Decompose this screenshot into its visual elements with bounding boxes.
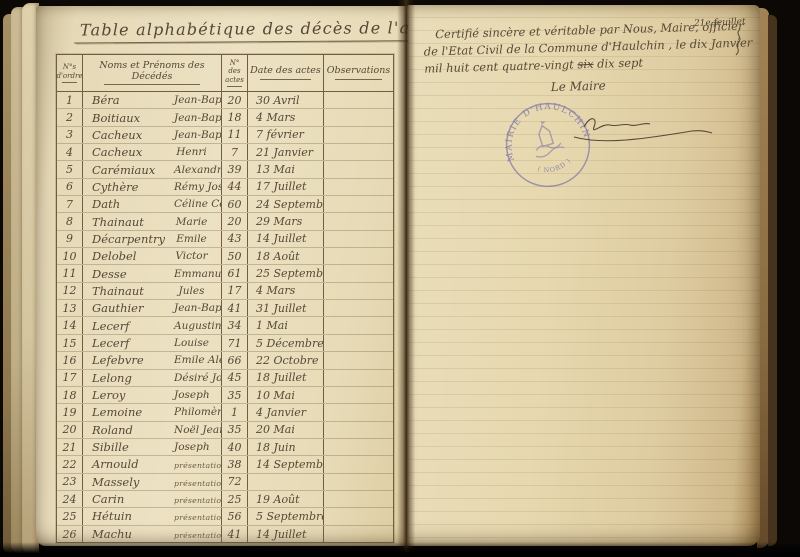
table-row: 1 Béra Jean-Baptiste 20 30 Avril	[57, 92, 393, 109]
observations-cell	[324, 491, 393, 507]
deceased-name-cell: Lecerf Louise	[83, 335, 222, 351]
deceased-name-cell: Cacheux Jean-Baptiste	[83, 127, 222, 143]
acte-date-cell: 22 Octobre	[248, 352, 324, 368]
deceased-name-cell: Cythère Rémy Joseph	[83, 179, 222, 195]
deceased-given-names: Désiré Joseph	[174, 372, 222, 384]
acte-number-cell: 41	[222, 300, 248, 316]
acte-date-cell: 14 Juillet	[248, 231, 324, 247]
table-row: 25 Hétuin présentation sans vie 56 5 Sep…	[57, 508, 393, 525]
table-row: 19 Lemoine Philomène 1 4 Janvier	[57, 404, 393, 421]
observations-cell	[324, 109, 393, 125]
row-order-number: 23	[57, 474, 83, 490]
deceased-surname: Desse	[83, 267, 174, 281]
col-header-order-number: N°s d'ordre	[57, 55, 83, 91]
acte-date-cell: 5 Décembre	[248, 335, 324, 351]
row-order-number: 20	[57, 422, 83, 438]
acte-date-cell: 31 Juillet	[248, 300, 324, 316]
row-order-number: 3	[57, 127, 83, 143]
deceased-given-names: Augustine	[174, 320, 222, 332]
table-row: 10 Delobel Victor 50 18 Août	[57, 248, 393, 265]
deceased-surname: Leroy	[83, 388, 174, 402]
deceased-given-names: Rémy Joseph	[174, 181, 222, 193]
deceased-name-cell: Lelong Désiré Joseph	[83, 370, 222, 386]
deceased-surname: Lecerf	[83, 319, 174, 333]
deceased-given-names: Emile Alexandre	[174, 354, 222, 366]
deceased-given-names: Marie	[174, 216, 221, 228]
acte-number-cell: 35	[222, 422, 248, 438]
table-row: 14 Lecerf Augustine 34 1 Mai	[57, 317, 393, 334]
deceased-name-cell: Lemoine Philomène	[83, 404, 222, 420]
acte-date-cell: 17 Juillet	[248, 179, 324, 195]
deceased-surname: Arnould	[83, 457, 174, 471]
deceased-given-names: Henri	[174, 146, 221, 158]
acte-date-cell: 4 Mars	[248, 109, 324, 125]
acte-date-cell: 25 Septembre	[248, 265, 324, 281]
acte-date-cell: 21 Janvier	[248, 144, 324, 160]
struck-word: six	[577, 57, 593, 71]
deceased-name-cell: Massely présentation sans vie	[83, 474, 222, 490]
acte-number-cell: 71	[222, 335, 248, 351]
table-row: 17 Lelong Désiré Joseph 45 18 Juillet	[57, 370, 393, 387]
acte-number-cell: 41	[222, 526, 248, 543]
acte-date-cell: 29 Mars	[248, 213, 324, 229]
acte-number-cell: 25	[222, 491, 248, 507]
acte-number-cell: 20	[222, 92, 248, 108]
deceased-surname: Lemoine	[83, 405, 174, 419]
observations-cell	[324, 196, 393, 212]
deceased-given-names: Emmanuel	[174, 268, 222, 280]
row-order-number: 16	[57, 352, 83, 368]
row-order-number: 2	[57, 109, 83, 125]
table-row: 4 Cacheux Henri 7 21 Janvier	[57, 144, 393, 161]
acte-date-cell: 13 Mai	[248, 161, 324, 177]
deceased-surname: Thainaut	[83, 284, 174, 298]
deceased-given-names: Philomène	[174, 406, 222, 418]
acte-number-cell: 38	[222, 456, 248, 472]
acte-date-cell: 14 Juillet	[248, 526, 324, 543]
row-order-number: 6	[57, 179, 83, 195]
row-order-number: 7	[57, 196, 83, 212]
table-row: 8 Thainaut Marie 20 29 Mars	[57, 213, 393, 230]
acte-number-cell: 61	[222, 265, 248, 281]
deceased-surname: Sibille	[83, 440, 174, 454]
observations-cell	[324, 127, 393, 143]
svg-text:( NORD ): ( NORD )	[535, 155, 575, 178]
deceased-surname: Delobel	[83, 249, 174, 263]
observations-cell	[324, 300, 393, 316]
observations-cell	[324, 439, 393, 455]
acte-number-cell: 18	[222, 109, 248, 125]
deceased-name-cell: Dath Céline Célestine	[83, 196, 222, 212]
acte-date-cell: 19 Août	[248, 491, 324, 507]
deceased-name-cell: Cacheux Henri	[83, 144, 222, 160]
deceased-surname: Massely	[83, 475, 174, 489]
deceased-surname: Lecerf	[83, 336, 174, 350]
acte-date-cell: 20 Mai	[248, 422, 324, 438]
acte-date-cell: 24 Septembre	[248, 196, 324, 212]
observations-cell	[324, 474, 393, 490]
table-row: 15 Lecerf Louise 71 5 Décembre	[57, 335, 393, 352]
deceased-surname: Cacheux	[83, 128, 174, 142]
table-row: 3 Cacheux Jean-Baptiste 11 7 février	[57, 127, 393, 144]
col-header-observations: Observations	[324, 55, 393, 91]
acte-number-cell: 34	[222, 317, 248, 333]
deceased-surname: Gauthier	[83, 301, 174, 315]
col-header-acte-date: Date des actes	[248, 55, 324, 91]
stillbirth-note: présentation sans vie	[174, 528, 222, 540]
deceased-name-cell: Carémiaux Alexandre	[83, 161, 222, 177]
deceased-given-names: Victor	[174, 250, 221, 262]
deceased-surname: Lelong	[83, 371, 174, 385]
deceased-given-names: Noël Jean-Baptiste	[174, 424, 222, 436]
table-row: 21 Sibille Joseph 40 18 Juin	[57, 439, 393, 456]
table-row: 13 Gauthier Jean-Baptiste 41 31 Juillet	[57, 300, 393, 317]
deceased-given-names: Céline Célestine	[174, 198, 222, 210]
row-order-number: 22	[57, 456, 83, 472]
deceased-name-cell: Lecerf Augustine	[83, 317, 222, 333]
table-row: 11 Desse Emmanuel 61 25 Septembre	[57, 265, 393, 282]
deceased-name-cell: Delobel Victor	[83, 248, 222, 264]
deceased-given-names: Jean-Baptiste	[174, 94, 222, 106]
deceased-given-names: Joseph	[174, 441, 222, 453]
observations-cell	[324, 92, 393, 108]
register-book-photo: Table alphabétique des décès de l'année …	[0, 0, 800, 557]
acte-date-cell	[248, 474, 324, 490]
acte-date-cell: 4 Mars	[248, 283, 324, 299]
stillbirth-note: présentation sans vie	[174, 476, 222, 488]
acte-number-cell: 56	[222, 508, 248, 524]
acte-date-cell: 18 Juillet	[248, 370, 324, 386]
stillbirth-note: présentation sans vie	[174, 458, 222, 470]
deceased-surname: Hétuin	[83, 509, 174, 523]
deceased-name-cell: Boitiaux Jean-Baptiste	[83, 109, 222, 125]
row-order-number: 14	[57, 317, 83, 333]
acte-number-cell: 35	[222, 387, 248, 403]
deceased-name-cell: Thainaut Marie	[83, 213, 222, 229]
deceased-name-cell: Sibille Joseph	[83, 439, 222, 455]
observations-cell	[324, 248, 393, 264]
observations-cell	[324, 526, 393, 543]
stillbirth-note: présentation sans vie	[174, 493, 222, 505]
acte-number-cell: 20	[222, 213, 248, 229]
deceased-surname: Carémiaux	[83, 163, 174, 177]
observations-cell	[324, 283, 393, 299]
observations-cell	[324, 404, 393, 420]
acte-number-cell: 60	[222, 196, 248, 212]
deceased-name-cell: Gauthier Jean-Baptiste	[83, 300, 222, 316]
certification-text: Certifié sincère et véritable par Nous, …	[423, 17, 755, 99]
table-row: 26 Machu présentation sans vie 41 14 Jui…	[57, 526, 393, 543]
deceased-name-cell: Machu présentation sans vie	[83, 526, 222, 543]
observations-cell	[324, 335, 393, 351]
observations-cell	[324, 508, 393, 524]
stillbirth-note: présentation sans vie	[174, 510, 222, 522]
col-header-acte-number: N° des actes	[222, 55, 248, 91]
acte-date-cell: 1 Mai	[248, 317, 324, 333]
deceased-surname: Cacheux	[83, 145, 174, 159]
row-order-number: 26	[57, 526, 83, 543]
deceased-surname: Cythère	[83, 180, 174, 194]
acte-date-cell: 18 Août	[248, 248, 324, 264]
deceased-name-cell: Arnould présentation sans vie	[83, 456, 222, 472]
deceased-name-cell: Carin présentation sans vie	[83, 491, 222, 507]
deceased-surname: Béra	[83, 93, 174, 107]
deceased-surname: Thainaut	[83, 215, 174, 229]
deceased-given-names: Alexandre	[174, 164, 222, 176]
observations-cell	[324, 161, 393, 177]
acte-date-cell: 14 Septembre	[248, 456, 324, 472]
deceased-surname: Carin	[83, 492, 174, 506]
observations-cell	[324, 231, 393, 247]
table-row: 2 Boitiaux Jean-Baptiste 18 4 Mars	[57, 109, 393, 126]
observations-cell	[324, 265, 393, 281]
table-header: N°s d'ordre Noms et Prénoms des Décédés …	[57, 55, 393, 92]
row-order-number: 8	[57, 213, 83, 229]
acte-number-cell: 50	[222, 248, 248, 264]
observations-cell	[324, 179, 393, 195]
deceased-given-names: Joseph	[174, 389, 222, 401]
acte-number-cell: 17	[222, 283, 248, 299]
acte-date-cell: 18 Juin	[248, 439, 324, 455]
photo-bottom-shadow	[0, 542, 800, 557]
row-order-number: 4	[57, 144, 83, 160]
deceased-name-cell: Hétuin présentation sans vie	[83, 508, 222, 524]
observations-cell	[324, 317, 393, 333]
acte-number-cell: 7	[222, 144, 248, 160]
acte-number-cell: 11	[222, 127, 248, 143]
row-order-number: 13	[57, 300, 83, 316]
mayor-signature	[570, 105, 720, 147]
acte-number-cell: 39	[222, 161, 248, 177]
row-order-number: 10	[57, 248, 83, 264]
row-order-number: 15	[57, 335, 83, 351]
row-order-number: 9	[57, 231, 83, 247]
acte-date-cell: 30 Avril	[248, 92, 324, 108]
acte-date-cell: 4 Janvier	[248, 404, 324, 420]
acte-number-cell: 72	[222, 474, 248, 490]
deceased-name-cell: Lefebvre Emile Alexandre	[83, 352, 222, 368]
acte-date-cell: 7 février	[248, 127, 324, 143]
table-row: 12 Thainaut Jules 17 4 Mars	[57, 283, 393, 300]
deceased-given-names: Emile	[174, 233, 221, 245]
deceased-surname: Boitiaux	[83, 111, 174, 125]
deceased-name-cell: Thainaut Jules	[83, 283, 222, 299]
left-page: Table alphabétique des décès de l'année …	[36, 6, 408, 546]
row-order-number: 5	[57, 161, 83, 177]
acte-number-cell: 66	[222, 352, 248, 368]
table-rows: 1 Béra Jean-Baptiste 20 30 Avril 2 Boiti…	[57, 92, 393, 543]
observations-cell	[324, 456, 393, 472]
row-order-number: 12	[57, 283, 83, 299]
row-order-number: 24	[57, 491, 83, 507]
table-row: 23 Massely présentation sans vie 72	[57, 474, 393, 491]
le-maire-label: Le Maire	[551, 73, 755, 96]
deceased-surname: Décarpentry	[83, 232, 174, 246]
deceased-name-cell: Roland Noël Jean-Baptiste	[83, 422, 222, 438]
table-row: 7 Dath Céline Célestine 60 24 Septembre	[57, 196, 393, 213]
table-row: 16 Lefebvre Emile Alexandre 66 22 Octobr…	[57, 352, 393, 369]
deceased-given-names: Jean-Baptiste	[174, 302, 222, 314]
observations-cell	[324, 144, 393, 160]
page-stack-edge-right	[768, 15, 777, 546]
stamp-emblem	[527, 117, 565, 159]
right-page: 21e feuillet Certifié sincère et véritab…	[408, 5, 760, 546]
acte-date-cell: 5 Septembre	[248, 508, 324, 524]
acte-number-cell: 45	[222, 370, 248, 386]
table-row: 20 Roland Noël Jean-Baptiste 35 20 Mai	[57, 422, 393, 439]
row-order-number: 18	[57, 387, 83, 403]
deceased-given-names: Louise	[174, 337, 221, 349]
deceased-name-cell: Béra Jean-Baptiste	[83, 92, 222, 108]
deceased-surname: Dath	[83, 197, 174, 211]
deceased-surname: Roland	[83, 423, 174, 437]
deaths-table: N°s d'ordre Noms et Prénoms des Décédés …	[56, 54, 394, 543]
deceased-name-cell: Desse Emmanuel	[83, 265, 222, 281]
acte-number-cell: 44	[222, 179, 248, 195]
observations-cell	[324, 422, 393, 438]
deceased-name-cell: Leroy Joseph	[83, 387, 222, 403]
col-header-names: Noms et Prénoms des Décédés	[83, 55, 222, 91]
observations-cell	[324, 370, 393, 386]
deceased-given-names: Jules	[174, 285, 221, 297]
acte-number-cell: 1	[222, 404, 248, 420]
table-row: 24 Carin présentation sans vie 25 19 Aoû…	[57, 491, 393, 508]
acte-number-cell: 40	[222, 439, 248, 455]
deceased-surname: Lefebvre	[83, 353, 174, 367]
acte-date-cell: 10 Mai	[248, 387, 324, 403]
deceased-given-names: Jean-Baptiste	[174, 129, 222, 141]
book-gutter	[397, 0, 415, 557]
table-row: 6 Cythère Rémy Joseph 44 17 Juillet	[57, 179, 393, 196]
row-order-number: 19	[57, 404, 83, 420]
observations-cell	[324, 213, 393, 229]
deceased-surname: Machu	[83, 527, 174, 541]
observations-cell	[324, 387, 393, 403]
table-row: 9 Décarpentry Emile 43 14 Juillet	[57, 231, 393, 248]
row-order-number: 11	[57, 265, 83, 281]
table-row: 5 Carémiaux Alexandre 39 13 Mai	[57, 161, 393, 178]
row-order-number: 21	[57, 439, 83, 455]
row-order-number: 1	[57, 92, 83, 108]
table-row: 18 Leroy Joseph 35 10 Mai	[57, 387, 393, 404]
observations-cell	[324, 352, 393, 368]
deceased-given-names: Jean-Baptiste	[174, 112, 222, 124]
acte-number-cell: 43	[222, 231, 248, 247]
deceased-name-cell: Décarpentry Emile	[83, 231, 222, 247]
table-row: 22 Arnould présentation sans vie 38 14 S…	[57, 456, 393, 473]
row-order-number: 17	[57, 370, 83, 386]
row-order-number: 25	[57, 508, 83, 524]
